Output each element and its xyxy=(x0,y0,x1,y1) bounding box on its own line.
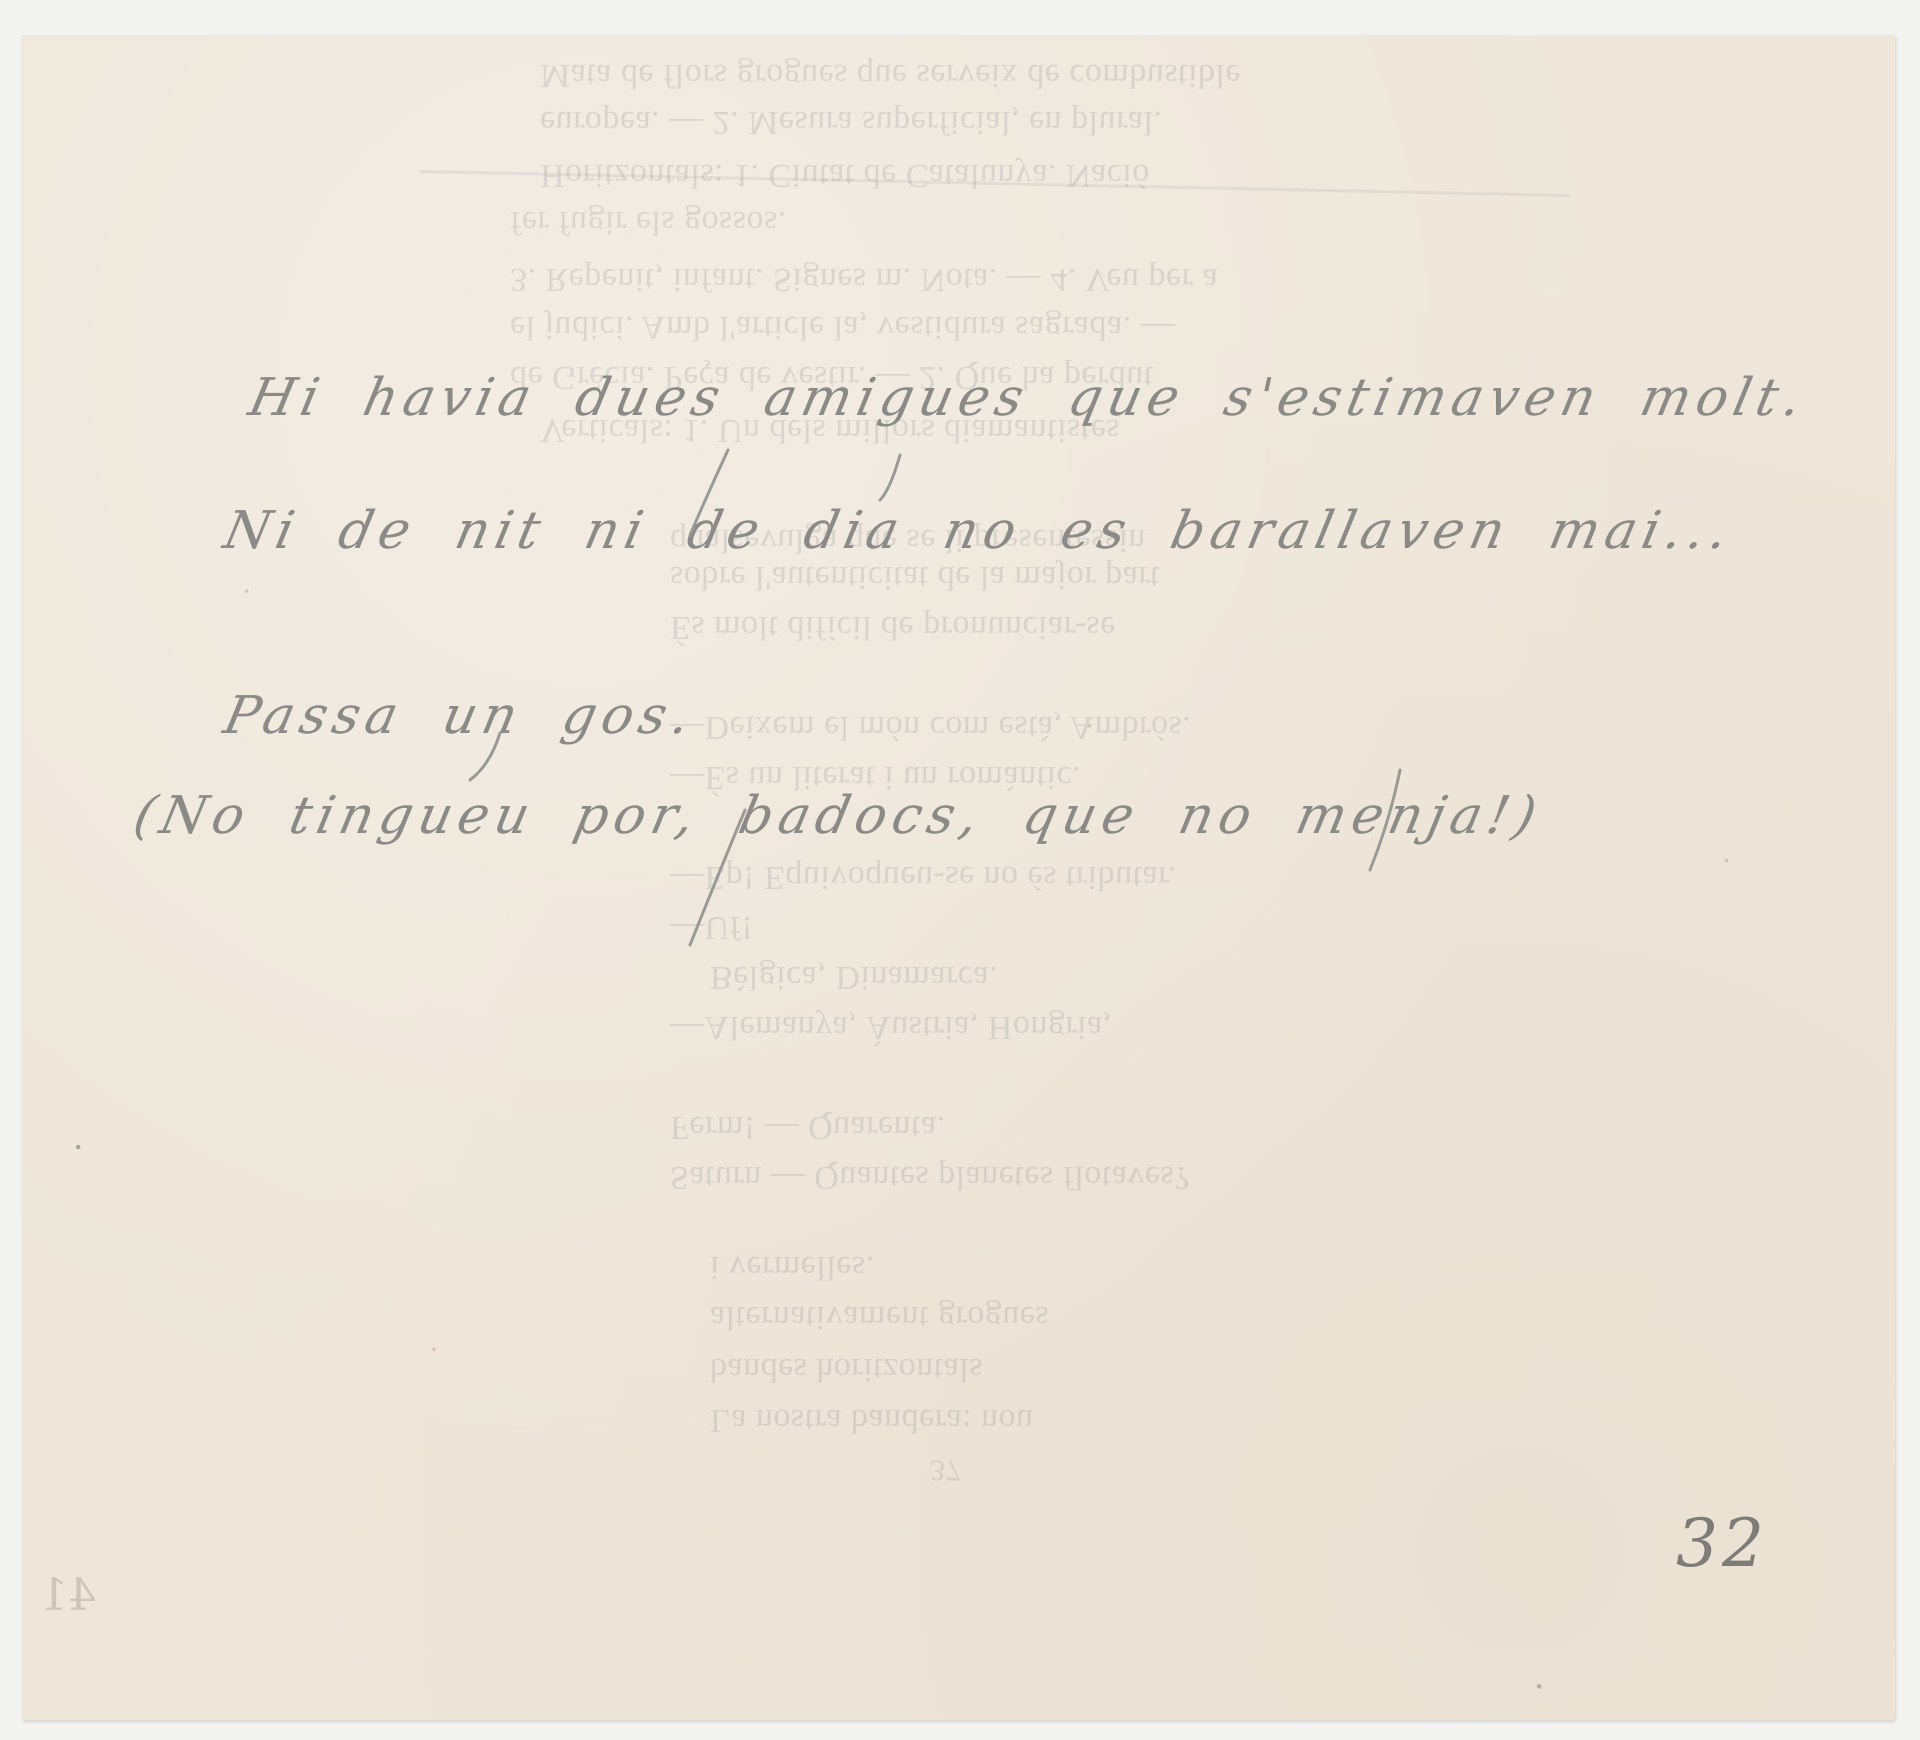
show-through-line: Bèlgica, Dinamarca. xyxy=(710,960,998,994)
show-through-line: La nostra bandera: nou xyxy=(710,1403,1034,1437)
show-through-line: Ferm! — Quarenta. xyxy=(670,1110,946,1144)
show-through-line: fer fugir els gossos. xyxy=(510,205,787,239)
show-through-line: bandes horitzontals xyxy=(710,1352,983,1386)
show-through-line: Saturn — Quantes planetes flotaves? xyxy=(670,1160,1190,1194)
show-through-line: sobre l'autenticitat de la major part xyxy=(670,560,1160,594)
show-through-line: —Alemanya, Àustria, Hongria, xyxy=(670,1010,1112,1044)
show-through-line: i vermelles. xyxy=(710,1250,875,1284)
show-through-line: 3. Repenit, infant. Signes m. Nota. — 4.… xyxy=(510,262,1218,296)
show-through-page-number: 37 xyxy=(930,1455,961,1485)
handwritten-line-2: Ni de nit ni de dia no es barallaven mai… xyxy=(219,505,1738,557)
handwritten-line-1: Hi havia dues amigues que s'estimaven mo… xyxy=(244,372,1811,424)
show-through-line: És molt difícil de pronunciar-se xyxy=(670,610,1116,644)
margin-mark: 41 xyxy=(40,1570,96,1621)
handwritten-line-3: Passa un gos. xyxy=(219,690,700,742)
show-through-line: europea. — 2. Mesura superficial, en plu… xyxy=(540,105,1162,139)
show-through-line: —Ep! Equivoqueu-se no és tributar. xyxy=(670,860,1177,894)
show-through-line: alternativament grogues xyxy=(710,1300,1049,1334)
show-through-line: el judici. Amb l'article la, vestidura s… xyxy=(510,310,1175,344)
show-through-line: —Uf! xyxy=(670,910,753,944)
show-through-line: —Deixem el món com està, Ambrós. xyxy=(670,710,1191,744)
show-through-line: Mata de flors grogues que serveix de com… xyxy=(540,58,1241,92)
handwritten-line-4: (No tingueu por, badocs, que no menja!) xyxy=(129,790,1546,842)
folio-number: 32 xyxy=(1676,1505,1768,1582)
